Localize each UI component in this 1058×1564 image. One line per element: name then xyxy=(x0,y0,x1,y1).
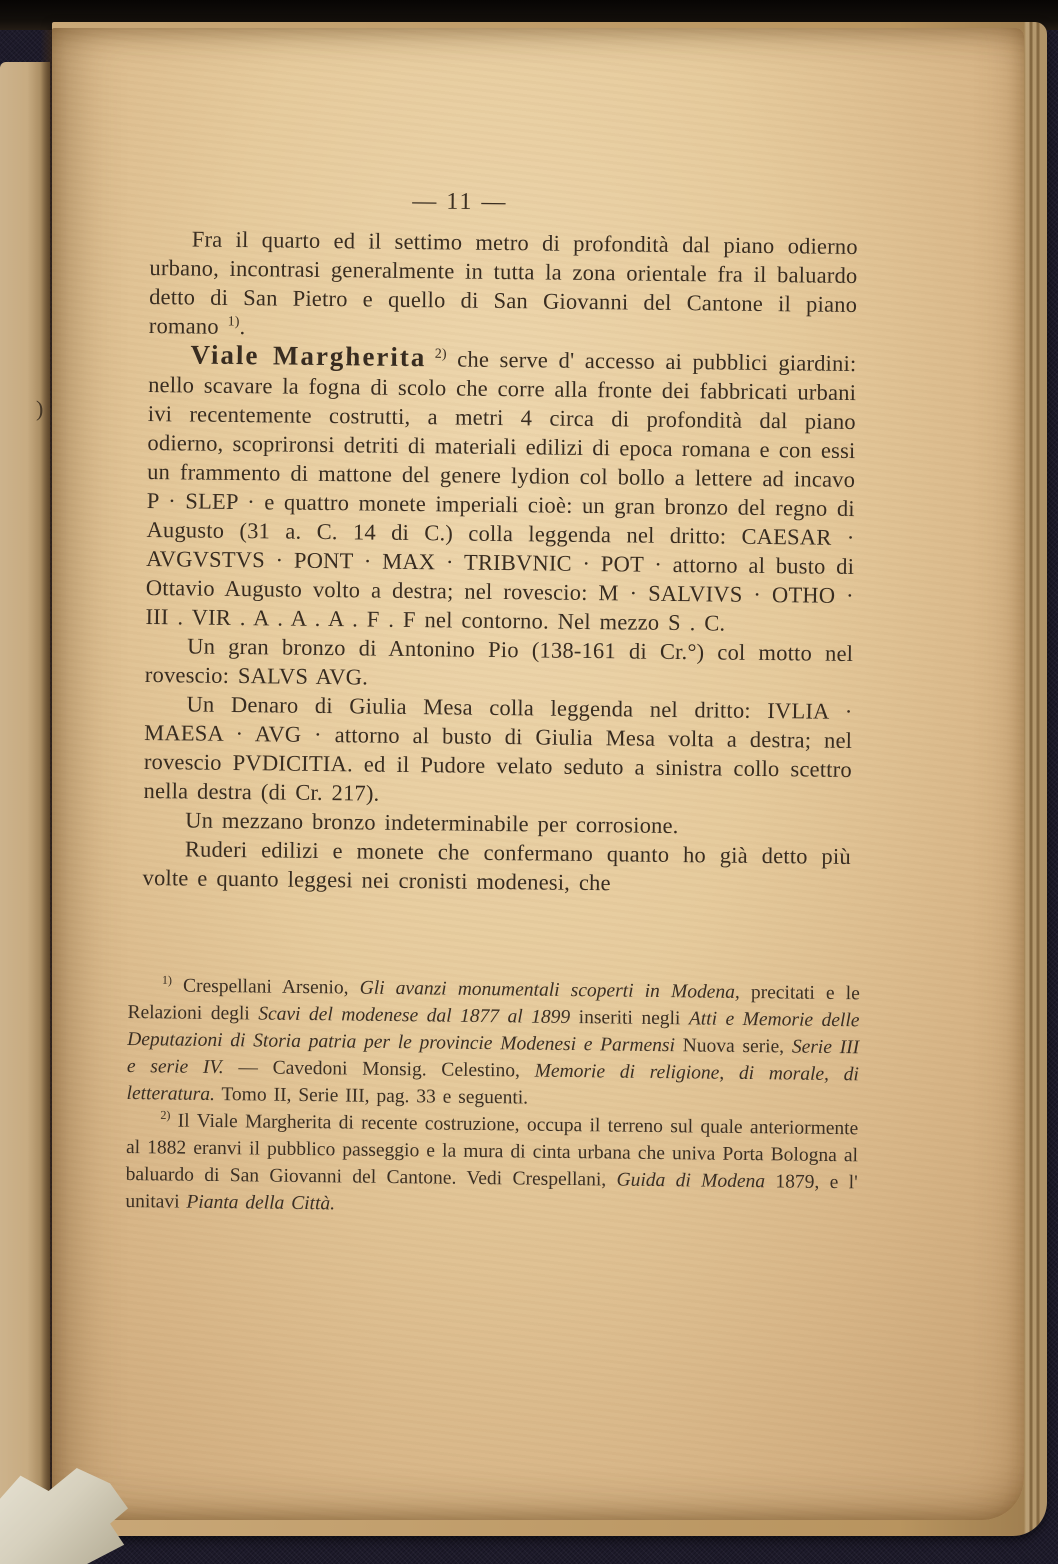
footnotes-block: 1) Crespellani Arsenio, Gli avanzi monum… xyxy=(125,972,860,1223)
footnote: 2) Il Viale Margherita di recente costru… xyxy=(125,1107,858,1223)
paragraph: Un Denaro di Giulia Mesa colla leggenda … xyxy=(143,689,852,813)
paragraph: Un gran bronzo di Antonino Pio (138-161 … xyxy=(145,631,854,697)
paragraph: Ruderi edilizi e monete che confermano q… xyxy=(142,834,851,900)
paragraph: Fra il quarto ed il settimo metro di pro… xyxy=(149,224,858,348)
page-number: — 11 — xyxy=(130,186,790,219)
bleed-through-mark: ) xyxy=(36,396,43,422)
paragraph: Viale Margherita 2) che serve d' accesso… xyxy=(145,340,856,639)
footnote: 1) Crespellani Arsenio, Gli avanzi monum… xyxy=(126,972,859,1115)
scanned-book-photo: ) — 11 — Fra il quarto ed il settimo met… xyxy=(0,0,1058,1564)
body-text-block: Fra il quarto ed il settimo metro di pro… xyxy=(142,224,858,900)
